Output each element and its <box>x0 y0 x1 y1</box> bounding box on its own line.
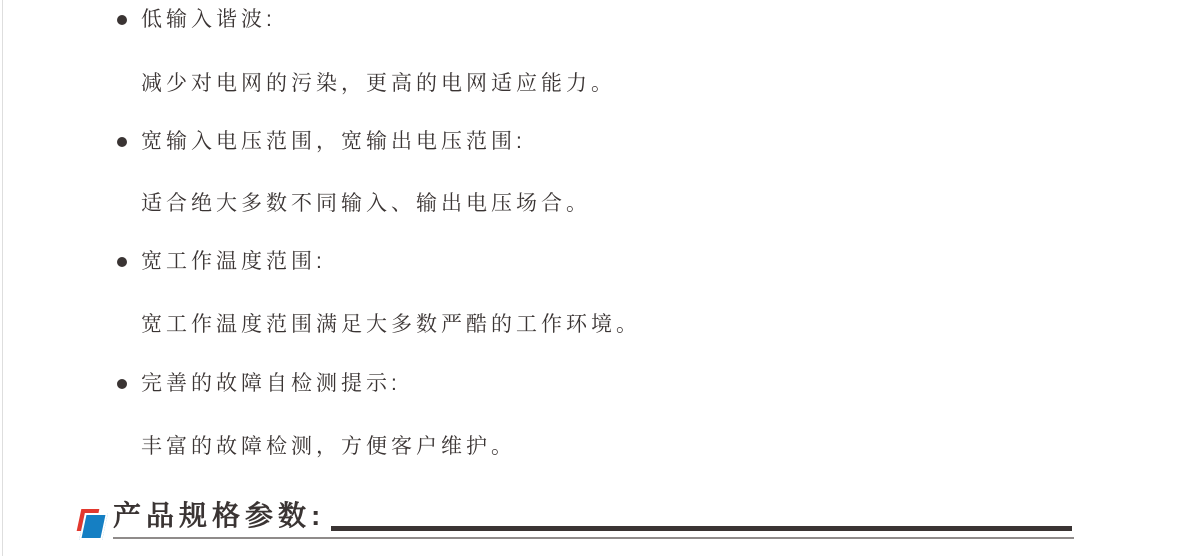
bullet-icon <box>117 379 127 389</box>
title-rule-thin <box>113 537 1074 539</box>
feature-item-heading: 完善的故障自检测提示: <box>117 373 401 395</box>
feature-description: 宽工作温度范围满足大多数严酷的工作环境。 <box>141 314 641 336</box>
page-edge-line <box>2 0 3 556</box>
document-page: 低输入谐波: 减少对电网的污染，更高的电网适应能力。 宽输入电压范围，宽输出电压… <box>0 0 1201 556</box>
icon-blue-shape <box>79 513 108 540</box>
feature-item-heading: 低输入谐波: <box>117 9 276 31</box>
feature-item-heading: 宽工作温度范围: <box>117 251 326 273</box>
feature-heading-text: 宽输入电压范围，宽输出电压范围: <box>141 131 526 153</box>
feature-heading-text: 宽工作温度范围: <box>141 251 326 273</box>
bullet-icon <box>117 15 127 25</box>
feature-description: 丰富的故障检测，方便客户维护。 <box>141 436 516 458</box>
section-title: 产品规格参数: <box>113 497 325 535</box>
bullet-icon <box>117 257 127 267</box>
title-rule-thick <box>331 526 1072 531</box>
feature-heading-text: 完善的故障自检测提示: <box>141 373 401 395</box>
feature-item-heading: 宽输入电压范围，宽输出电压范围: <box>117 131 526 153</box>
feature-heading-text: 低输入谐波: <box>141 9 276 31</box>
feature-description: 减少对电网的污染，更高的电网适应能力。 <box>141 73 616 95</box>
feature-description: 适合绝大多数不同输入、输出电压场合。 <box>141 193 591 215</box>
red-blue-parallelogram-icon <box>77 508 107 540</box>
bullet-icon <box>117 137 127 147</box>
